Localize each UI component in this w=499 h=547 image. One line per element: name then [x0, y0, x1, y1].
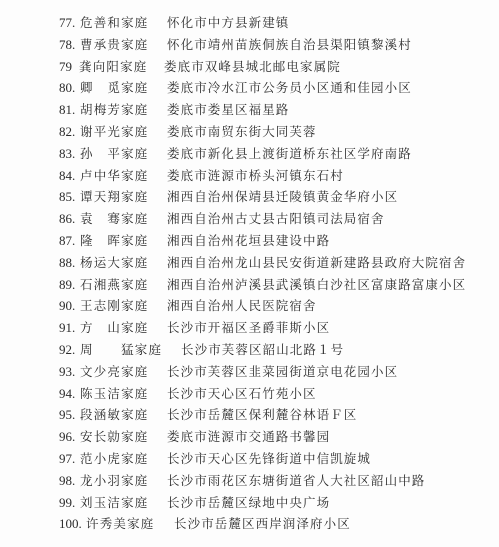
- entry-address: 湘西自治州龙山县民安街道新建路县政府大院宿舍: [167, 252, 466, 274]
- entry-address: 娄底市南贸东街大同芙蓉: [167, 121, 317, 143]
- entry-address: 娄底市涟源市交通路书馨园: [167, 426, 330, 448]
- entry-number: 98.: [59, 470, 75, 492]
- entry-number: 96.: [59, 426, 75, 448]
- entry-number: 93.: [59, 361, 75, 383]
- entry-name: 王志刚家庭: [80, 295, 149, 317]
- entry-address: 湘西自治州保靖县迁陵镇黄金华府小区: [167, 186, 398, 208]
- entry-number: 94.: [59, 383, 75, 405]
- entry-name: 陈玉洁家庭: [80, 383, 149, 405]
- entry-name: 袁 骞家庭: [80, 208, 149, 230]
- entry-address: 湘西自治州人民医院宿舍: [167, 295, 317, 317]
- entry-name: 文少亮家庭: [80, 361, 149, 383]
- entry-number: 79: [59, 56, 72, 78]
- entry-number: 100.: [59, 513, 82, 535]
- entry-address: 湘西自治州泸溪县武溪镇白沙社区富康路富康小区: [167, 274, 466, 296]
- entry-name: 刘玉洁家庭: [80, 492, 149, 514]
- entry-name: 范小虎家庭: [80, 448, 149, 470]
- entry-address: 长沙市岳麓区保利麓谷林语Ｆ区: [167, 404, 357, 426]
- entry-address: 怀化市中方县新建镇: [167, 12, 289, 34]
- entry-address: 娄底市娄星区福星路: [167, 99, 289, 121]
- entry-name: 石湘燕家庭: [80, 274, 149, 296]
- entry-name: 安长勍家庭: [80, 426, 149, 448]
- entry-name: 段涵敏家庭: [80, 404, 149, 426]
- entry-number: 90.: [59, 295, 75, 317]
- entry-number: 85.: [59, 186, 75, 208]
- entry-address: 长沙市天心区先锋街道中信凯旋城: [167, 448, 371, 470]
- entry-address: 娄底市新化县上渡街道桥东社区学府南路: [167, 143, 412, 165]
- entry-number: 84.: [59, 165, 75, 187]
- entry-name: 卢中华家庭: [80, 165, 149, 187]
- entry-name: 杨运大家庭: [80, 252, 149, 274]
- entry-address: 长沙市芙蓉区韭菜园街道京电花园小区: [167, 361, 398, 383]
- entry-address: 娄底市涟源市桥头河镇东石村: [167, 165, 344, 187]
- entry-address: 长沙市雨花区东塘街道省人大社区韶山中路: [167, 470, 425, 492]
- entry-name: 危善和家庭: [80, 12, 149, 34]
- entry-address: 长沙市开福区圣爵菲斯小区: [167, 317, 330, 339]
- entry-number: 97.: [59, 448, 75, 470]
- entry-address: 怀化市靖州苗族侗族自治县渠阳镇黎溪村: [167, 34, 412, 56]
- entry-number: 91.: [59, 317, 75, 339]
- entry-number: 86.: [59, 208, 75, 230]
- entry-number: 80.: [59, 77, 75, 99]
- entry-name: 卿 觅家庭: [80, 77, 149, 99]
- entry-number: 78.: [59, 34, 75, 56]
- entry-address: 湘西自治州花垣县建设中路: [167, 230, 330, 252]
- entry-name: 胡梅芳家庭: [80, 99, 149, 121]
- entry-name: 龚向阳家庭: [79, 56, 148, 78]
- entry-number: 95.: [59, 404, 75, 426]
- entry-number: 82.: [59, 121, 75, 143]
- entry-name: 许秀美家庭: [86, 513, 155, 535]
- entry-number: 81.: [59, 99, 75, 121]
- entry-address: 长沙市天心区石竹苑小区: [167, 383, 317, 405]
- entry-name: 谭天翔家庭: [80, 186, 149, 208]
- entry-address: 长沙市岳麓区绿地中央广场: [167, 492, 330, 514]
- entry-number: 89.: [59, 274, 75, 296]
- entry-address: 长沙市岳麓区西岸润泽府小区: [174, 513, 351, 535]
- entry-name: 周 猛家庭: [80, 339, 162, 361]
- entry-address: 湘西自治州古丈县古阳镇司法局宿舍: [167, 208, 385, 230]
- entry-name: 龙小羽家庭: [80, 470, 149, 492]
- entry-address: 娄底市冷水江市公务员小区通和佳园小区: [167, 77, 412, 99]
- entry-name: 曹承贵家庭: [80, 34, 149, 56]
- entry-name: 谢平光家庭: [80, 121, 149, 143]
- document-page: 77. 危善和家庭 怀化市中方县新建镇 78. 曹承贵家庭 怀化市靖州苗族侗族自…: [0, 0, 499, 547]
- entry-number: 92.: [59, 339, 75, 361]
- entry-name: 孙 平家庭: [80, 143, 149, 165]
- entry-number: 88.: [59, 252, 75, 274]
- entry-address: 长沙市芙蓉区韶山北路１号: [181, 339, 344, 361]
- entry-name: 隆 晖家庭: [80, 230, 149, 252]
- entry-number: 87.: [59, 230, 75, 252]
- entry-number: 99.: [59, 492, 75, 514]
- entry-name: 方 山家庭: [80, 317, 149, 339]
- entry-address: 娄底市双峰县城北邮电家属院: [164, 56, 341, 78]
- entry-number: 83.: [59, 143, 75, 165]
- entry-number: 77.: [59, 12, 75, 34]
